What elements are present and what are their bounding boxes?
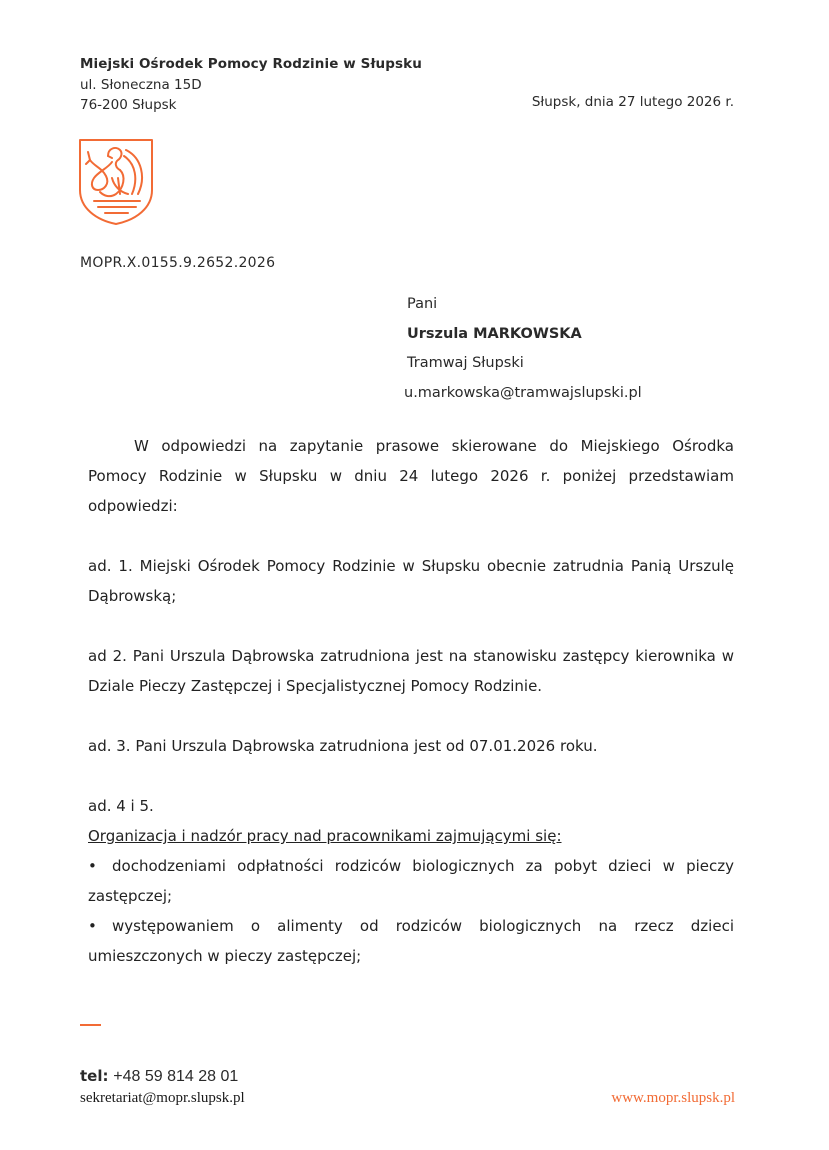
recipient-name: Urszula MARKOWSKA (407, 320, 642, 350)
footer-email[interactable]: sekretariat@mopr.slupsk.pl (80, 1090, 245, 1107)
list-item-text: występowaniem o alimenty od rodziców bio… (88, 917, 734, 965)
list-item: •występowaniem o alimenty od rodziców bi… (88, 911, 734, 971)
recipient-email: u.markowska@tramwajslupski.pl (404, 379, 642, 409)
list-item: •dochodzeniami odpłatności rodziców biol… (88, 851, 734, 911)
answer-2: ad 2. Pani Urszula Dąbrowska zatrudniona… (88, 641, 734, 701)
bullet-icon: • (88, 851, 112, 881)
letter-body: W odpowiedzi na zapytanie prasowe skiero… (88, 431, 734, 971)
footer-accent-line (80, 1024, 101, 1026)
bullet-icon: • (88, 911, 112, 941)
footer-website-link[interactable]: www.mopr.slupsk.pl (611, 1090, 735, 1107)
phone-number: +48 59 814 28 01 (113, 1068, 238, 1085)
phone-label: tel: (80, 1067, 108, 1085)
sender-street: ul. Słoneczna 15D (80, 77, 202, 93)
answer-4-5-subheading: Organizacja i nadzór pracy nad pracownik… (88, 821, 734, 851)
griffin-coat-of-arms-icon (78, 138, 154, 226)
recipient-organization: Tramwaj Słupski (407, 349, 642, 379)
intro-paragraph: W odpowiedzi na zapytanie prasowe skiero… (88, 431, 734, 521)
sender-city: 76-200 Słupsk (80, 97, 177, 113)
footer-phone: tel: +48 59 814 28 01 (80, 1067, 238, 1086)
answer-4-5-heading: ad. 4 i 5. (88, 791, 734, 821)
recipient-block: Pani Urszula MARKOWSKA Tramwaj Słupski u… (407, 290, 642, 408)
answer-3: ad. 3. Pani Urszula Dąbrowska zatrudnion… (88, 731, 734, 761)
recipient-salutation: Pani (407, 290, 642, 320)
list-item-text: dochodzeniami odpłatności rodziców biolo… (88, 857, 734, 905)
place-date: Słupsk, dnia 27 lutego 2026 r. (532, 94, 734, 110)
sender-name: Miejski Ośrodek Pomocy Rodzinie w Słupsk… (80, 56, 422, 72)
answer-1: ad. 1. Miejski Ośrodek Pomocy Rodzinie w… (88, 551, 734, 611)
reference-number: MOPR.X.0155.9.2652.2026 (80, 255, 275, 271)
